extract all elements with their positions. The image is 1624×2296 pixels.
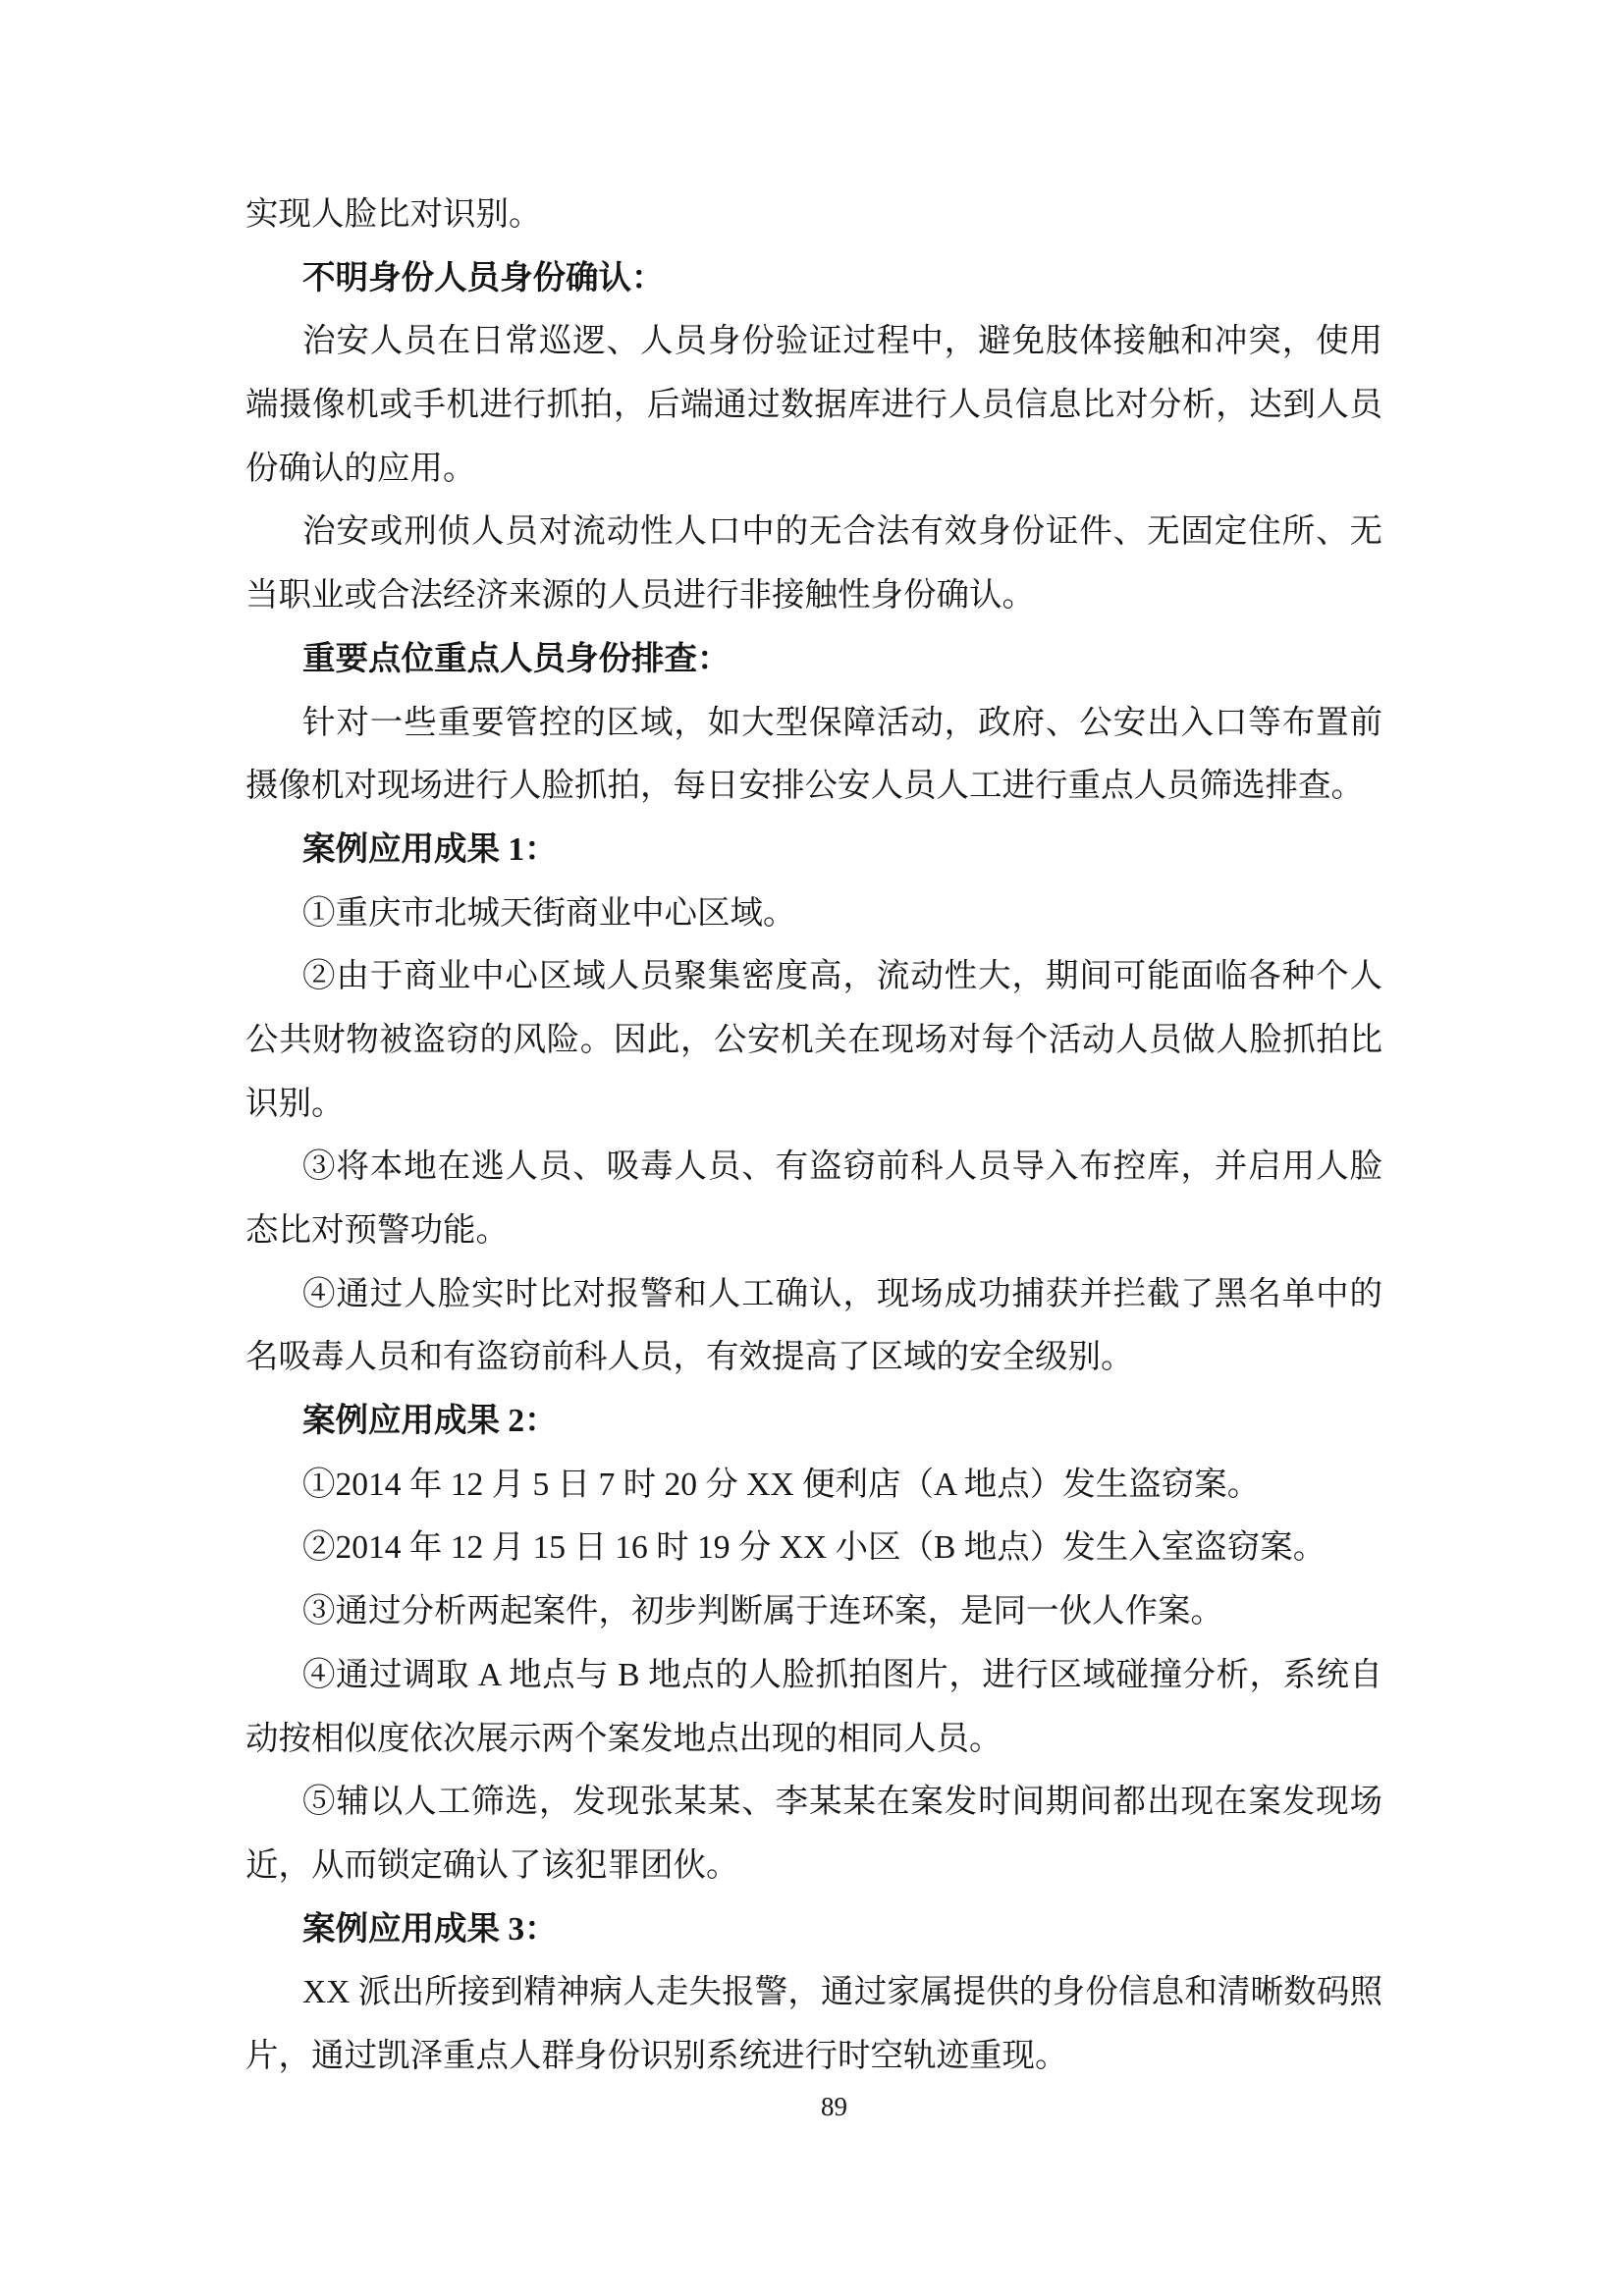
text-line: 案例应用成果 1： xyxy=(245,819,1382,882)
body-paragraph: XX 派出所接到精神病人走失报警，通过家属提供的身份信息和清晰数码照片，通过凯泽… xyxy=(245,1961,1382,2088)
text-line: 治安人员在日常巡逻、人员身份验证过程中，避免肢体接触和冲突，使用前 xyxy=(245,310,1382,374)
text-line: ③将本地在逃人员、吸毒人员、有盗窃前科人员导入布控库，并启用人脸动 xyxy=(245,1136,1382,1200)
body-paragraph: 针对一些重要管控的区域，如大型保障活动，政府、公安出入口等布置前端摄像机对现场进… xyxy=(245,692,1382,819)
page-number: 89 xyxy=(44,2091,1624,2122)
body-paragraph: ⑤辅以人工筛选，发现张某某、李某某在案发时间期间都出现在案发现场附近，从而锁定确… xyxy=(245,1771,1382,1897)
text-line: ①2014 年 12 月 5 日 7 时 20 分 XX 便利店（A 地点）发生… xyxy=(245,1454,1382,1518)
document-body: 实现人脸比对识别。不明身份人员身份确认：治安人员在日常巡逻、人员身份验证过程中，… xyxy=(245,184,1382,2089)
heading-paragraph: 不明身份人员身份确认： xyxy=(245,247,1382,311)
text-line: 名吸毒人员和有盗窃前科人员，有效提高了区域的安全级别。 xyxy=(245,1326,1382,1390)
text-line: 动按相似度依次展示两个案发地点出现的相同人员。 xyxy=(245,1708,1382,1772)
text-line: 态比对预警功能。 xyxy=(245,1200,1382,1263)
text-line: 案例应用成果 2： xyxy=(245,1390,1382,1454)
body-paragraph: 实现人脸比对识别。 xyxy=(245,184,1382,247)
body-paragraph: 治安或刑侦人员对流动性人口中的无合法有效身份证件、无固定住所、无正当职业或合法经… xyxy=(245,501,1382,627)
text-line: XX 派出所接到精神病人走失报警，通过家属提供的身份信息和清晰数码照 xyxy=(245,1961,1382,2025)
text-line: 摄像机对现场进行人脸抓拍，每日安排公安人员人工进行重点人员筛选排查。 xyxy=(245,755,1382,819)
heading-paragraph: 案例应用成果 2： xyxy=(245,1390,1382,1454)
text-line: ④通过调取 A 地点与 B 地点的人脸抓拍图片，进行区域碰撞分析，系统自 xyxy=(245,1644,1382,1708)
text-line: 针对一些重要管控的区域，如大型保障活动，政府、公安出入口等布置前端 xyxy=(245,692,1382,756)
text-line: ②由于商业中心区域人员聚集密度高，流动性大，期间可能面临各种个人或 xyxy=(245,945,1382,1009)
text-line: 公共财物被盗窃的风险。因此，公安机关在现场对每个活动人员做人脸抓拍比对 xyxy=(245,1009,1382,1073)
text-line: 实现人脸比对识别。 xyxy=(245,184,1382,247)
text-line: 份确认的应用。 xyxy=(245,438,1382,502)
text-line: 治安或刑侦人员对流动性人口中的无合法有效身份证件、无固定住所、无正 xyxy=(245,501,1382,564)
heading-paragraph: 案例应用成果 1： xyxy=(245,819,1382,882)
text-line: ②2014 年 12 月 15 日 16 时 19 分 XX 小区（B 地点）发… xyxy=(245,1517,1382,1580)
body-paragraph: ②2014 年 12 月 15 日 16 时 19 分 XX 小区（B 地点）发… xyxy=(245,1517,1382,1580)
text-line: 片，通过凯泽重点人群身份识别系统进行时空轨迹重现。 xyxy=(245,2025,1382,2089)
text-line: ⑤辅以人工筛选，发现张某某、李某某在案发时间期间都出现在案发现场附 xyxy=(245,1771,1382,1835)
heading-paragraph: 案例应用成果 3： xyxy=(245,1898,1382,1962)
body-paragraph: 治安人员在日常巡逻、人员身份验证过程中，避免肢体接触和冲突，使用前端摄像机或手机… xyxy=(245,310,1382,501)
text-line: 端摄像机或手机进行抓拍，后端通过数据库进行人员信息比对分析，达到人员身 xyxy=(245,374,1382,438)
text-line: ③通过分析两起案件，初步判断属于连环案，是同一伙人作案。 xyxy=(245,1580,1382,1644)
text-line: 识别。 xyxy=(245,1073,1382,1137)
body-paragraph: ③将本地在逃人员、吸毒人员、有盗窃前科人员导入布控库，并启用人脸动态比对预警功能… xyxy=(245,1136,1382,1262)
body-paragraph: ③通过分析两起案件，初步判断属于连环案，是同一伙人作案。 xyxy=(245,1580,1382,1644)
text-line: 不明身份人员身份确认： xyxy=(245,247,1382,311)
body-paragraph: ④通过人脸实时比对报警和人工确认，现场成功捕获并拦截了黑名单中的多名吸毒人员和有… xyxy=(245,1263,1382,1390)
text-line: 重要点位重点人员身份排查： xyxy=(245,628,1382,692)
body-paragraph: ①2014 年 12 月 5 日 7 时 20 分 XX 便利店（A 地点）发生… xyxy=(245,1454,1382,1518)
text-line: ①重庆市北城天街商业中心区域。 xyxy=(245,882,1382,946)
text-line: 近，从而锁定确认了该犯罪团伙。 xyxy=(245,1835,1382,1898)
heading-paragraph: 重要点位重点人员身份排查： xyxy=(245,628,1382,692)
body-paragraph: ①重庆市北城天街商业中心区域。 xyxy=(245,882,1382,946)
body-paragraph: ②由于商业中心区域人员聚集密度高，流动性大，期间可能面临各种个人或公共财物被盗窃… xyxy=(245,945,1382,1136)
text-line: 案例应用成果 3： xyxy=(245,1898,1382,1962)
document-page: 实现人脸比对识别。不明身份人员身份确认：治安人员在日常巡逻、人员身份验证过程中，… xyxy=(0,0,1624,2296)
text-line: ④通过人脸实时比对报警和人工确认，现场成功捕获并拦截了黑名单中的多 xyxy=(245,1263,1382,1327)
body-paragraph: ④通过调取 A 地点与 B 地点的人脸抓拍图片，进行区域碰撞分析，系统自动按相似… xyxy=(245,1644,1382,1771)
text-line: 当职业或合法经济来源的人员进行非接触性身份确认。 xyxy=(245,564,1382,628)
